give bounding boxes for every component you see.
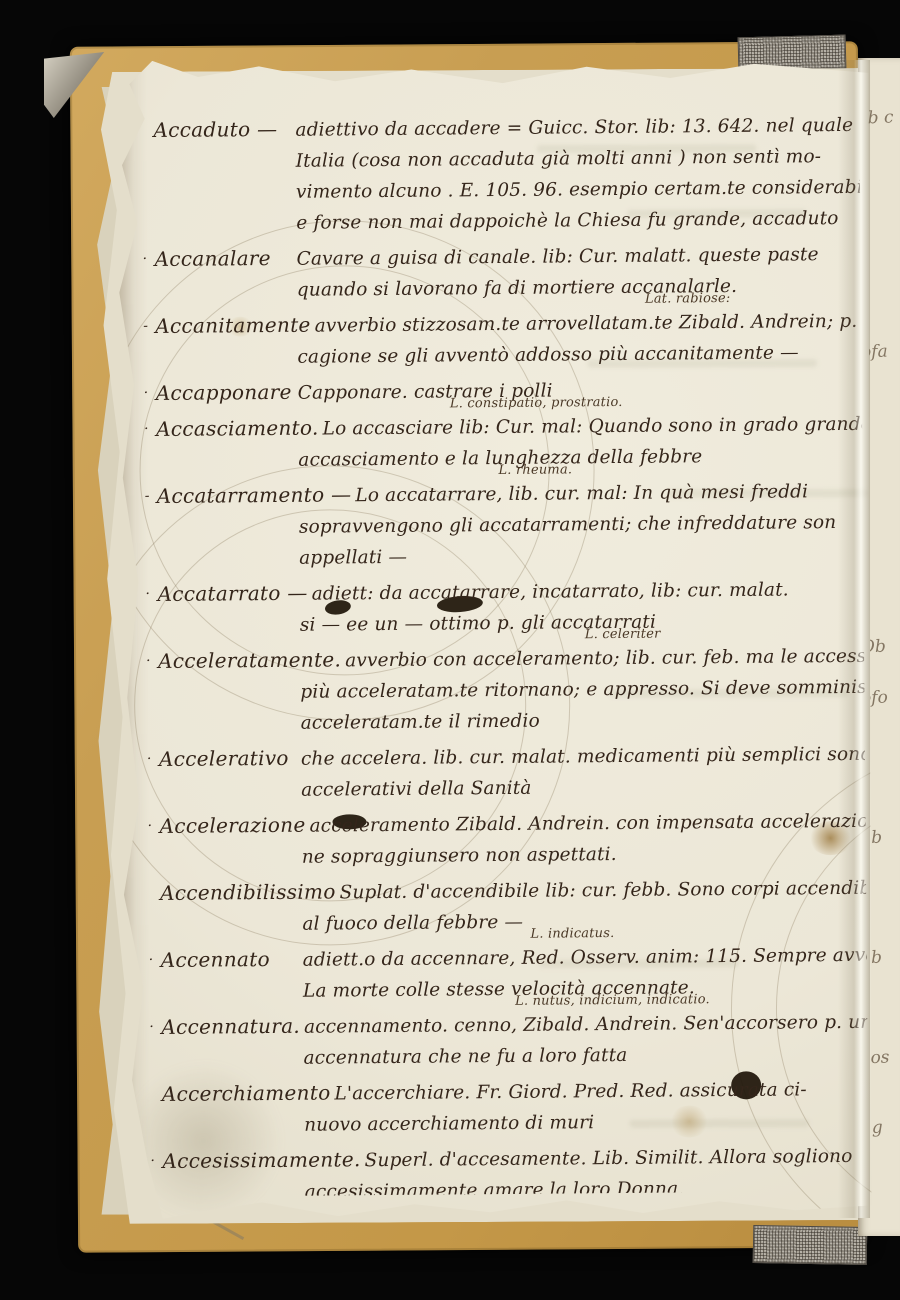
entry: -Accatarramento —Lo accatarrare, lib. cu… — [145, 475, 864, 575]
interlinear-latin-note: L. indicatus. — [530, 928, 614, 941]
photo-of-manuscript: Ib cofaObofoobebcoslig Accaduto —adietti… — [0, 0, 900, 1300]
entry-line: sopravvengono gli accatarramenti; che in… — [145, 507, 863, 544]
entry: Accaduto —adiettivo da accadere = Guicc.… — [141, 109, 860, 240]
entry-definition-start: avverbio stizzosam.te arrovellatam.te Zi… — [315, 311, 869, 337]
manuscript-page: Accaduto —adiettivo da accadere = Guicc.… — [106, 59, 871, 1219]
entry-first-line: -Accatarramento —Lo accatarrare, lib. cu… — [145, 475, 863, 513]
entry: ·Accesissimamente.Superl. d'accesamente.… — [150, 1140, 868, 1197]
entry-first-line: ·Accennatura.accennamento. cenno, Zibald… — [149, 1006, 867, 1044]
entry-marker: - — [145, 481, 157, 512]
entry-line: si — ee un — ottimo p. gli accatarrati — [146, 605, 864, 642]
entry-headword: Accatarramento — — [157, 479, 356, 512]
interlinear-latin-note: L. constipatio, prostratio. — [450, 397, 623, 411]
entry-headword: Accesissimamente. — [162, 1144, 364, 1177]
entry: ·Acceleratamente.avverbio con accelerame… — [146, 640, 865, 740]
entry: -Accanitamenteavverbio stizzosam.te arro… — [143, 305, 862, 374]
entry-first-line: AccerchiamentoL'accerchiare. Fr. Giord. … — [150, 1073, 868, 1111]
entry-definition-start: Superl. d'accesamente. Lib. Similit. All… — [365, 1146, 853, 1171]
entry-line: ne sopraggiunsero non aspettati. — [148, 837, 866, 874]
entry-headword: Accanalare — [154, 243, 296, 275]
entry-headword: Accennatura. — [161, 1011, 304, 1043]
entry: ·Accelerazioneacceleramento Zibald. Andr… — [147, 805, 866, 874]
entry-line: cagione se gli avventò addosso più accan… — [143, 337, 861, 374]
interlinear-latin-note: Lat. rabiose: — [645, 293, 731, 306]
entry-first-line: ·Accatarrato —adiett: da accatarrare, in… — [145, 573, 863, 611]
entry-marker: · — [145, 579, 157, 610]
entry-line: al fuoco della febbre — — [148, 904, 866, 941]
entry-definition-start: adiettivo da accadere = Guicc. Stor. lib… — [295, 115, 853, 141]
interlinear-latin-note: L. rheuma. — [498, 464, 572, 477]
interlinear-latin-note: L. celeriter — [585, 629, 661, 642]
entry-headword: Accanitamente — [155, 310, 315, 342]
entry-marker: · — [144, 378, 156, 409]
entry: AccendibilissimoSuplat. d'accendibile li… — [148, 872, 867, 941]
entry-first-line: AccendibilissimoSuplat. d'accendibile li… — [148, 872, 866, 910]
entry-first-line: ·Accelerativoche accelera. lib. cur. mal… — [147, 738, 865, 776]
entry-headword: Accatarrato — — [157, 578, 311, 610]
entry-definition-start: L'accerchiare. Fr. Giord. Pred. Red. ass… — [334, 1079, 806, 1104]
entry-headword: Accelerazione — [159, 810, 309, 842]
entry-first-line: ·Accelerazioneacceleramento Zibald. Andr… — [147, 805, 865, 843]
entry-definition-start: adiett: da accatarrare, incatarrato, lib… — [312, 579, 789, 604]
entry-marker: - — [143, 311, 155, 342]
entry: ·Accelerativoche accelera. lib. cur. mal… — [147, 738, 866, 807]
entries: Accaduto —adiettivo da accadere = Guicc.… — [141, 109, 868, 1197]
entry-first-line: ·AccanalareCavare a guisa di canale. lib… — [142, 238, 860, 276]
entry-line: quando si lavorano fa di mortiere accana… — [143, 270, 861, 307]
entry-headword: Accendibilissimo — [160, 876, 340, 909]
entry-headword: Accasciamento. — [156, 413, 323, 445]
entry-headword: Accerchiamento — [162, 1077, 335, 1110]
entry-definition-start: Lo accasciare lib: Cur. mal: Quando sono… — [323, 414, 869, 440]
entry-first-line: Accaduto —adiettivo da accadere = Guicc.… — [141, 109, 859, 147]
entry-line: più acceleratam.te ritornano; e appresso… — [146, 672, 864, 709]
entry-definition-start: Suplat. d'accendibile lib: cur. febb. So… — [340, 877, 869, 903]
entry-definition-start: avverbio con acceleramento; lib. cur. fe… — [345, 645, 869, 671]
entry-marker: · — [147, 811, 159, 842]
entry-line: e forse non mai dappoichè la Chiesa fu g… — [142, 203, 860, 240]
entry-definition-start: che accelera. lib. cur. malat. medicamen… — [301, 743, 869, 769]
entry-line: accelerativi della Sanità — [147, 770, 865, 807]
entry-line: La morte colle stesse velocità accennate… — [149, 971, 867, 1008]
entry: ·Accennatura.accennamento. cenno, Zibald… — [149, 1006, 868, 1075]
entry-marker: · — [149, 945, 161, 976]
entry: ·Accatarrato —adiett: da accatarrare, in… — [145, 573, 864, 642]
linen-patch-bottom — [753, 1225, 868, 1265]
entry-marker: · — [149, 1012, 161, 1043]
entry-first-line: ·Accennatoadiett.o da accennare, Red. Os… — [149, 939, 867, 977]
entry-line: appellati — — [145, 538, 863, 575]
entry-definition-start: Cavare a guisa di canale. lib: Cur. mala… — [297, 244, 819, 270]
entry-definition-start: adiett.o da accennare, Red. Osserv. anim… — [303, 945, 869, 971]
entry-first-line: ·Acceleratamente.avverbio con accelerame… — [146, 640, 864, 678]
entry-first-line: -Accanitamenteavverbio stizzosam.te arro… — [143, 305, 861, 343]
entry-first-line: ·Accasciamento.Lo accasciare lib: Cur. m… — [144, 408, 862, 446]
entry-definition-start: accennamento. cenno, Zibald. Andrein. Se… — [304, 1012, 869, 1038]
entry-marker: · — [147, 744, 159, 775]
entry-line: accennatura che ne fu a loro fatta — [149, 1038, 867, 1075]
entry-line: acceleratam.te il rimedio — [147, 703, 865, 740]
page-curl-edge — [838, 60, 870, 1218]
interlinear-latin-note: L. nutus, indicium, indicatio. — [515, 994, 710, 1008]
entry-definition-start: acceleramento Zibald. Andrein. con impen… — [309, 811, 868, 837]
entry-headword: Acceleratamente. — [158, 644, 345, 677]
entry: ·AccanalareCavare a guisa di canale. lib… — [142, 238, 861, 307]
entry-marker: · — [146, 646, 158, 677]
entry: AccerchiamentoL'accerchiare. Fr. Giord. … — [150, 1073, 869, 1142]
entry-marker: · — [142, 244, 154, 275]
entry-marker: · — [150, 1146, 162, 1177]
entry-headword: Accaduto — — [153, 114, 295, 146]
entry-definition-start: Lo accatarrare, lib. cur. mal: In quà me… — [355, 481, 808, 506]
entry-line: nuovo accerchiamento di muri — [150, 1105, 868, 1142]
entry-marker: · — [144, 414, 156, 445]
entry-headword: Accennato — [161, 944, 303, 976]
entry-headword: Accelerativo — [159, 743, 301, 775]
entry-headword: Accapponare — [156, 377, 298, 409]
entry-first-line: ·Accesissimamente.Superl. d'accesamente.… — [150, 1140, 868, 1178]
entry: ·Accennatoadiett.o da accennare, Red. Os… — [149, 939, 868, 1008]
